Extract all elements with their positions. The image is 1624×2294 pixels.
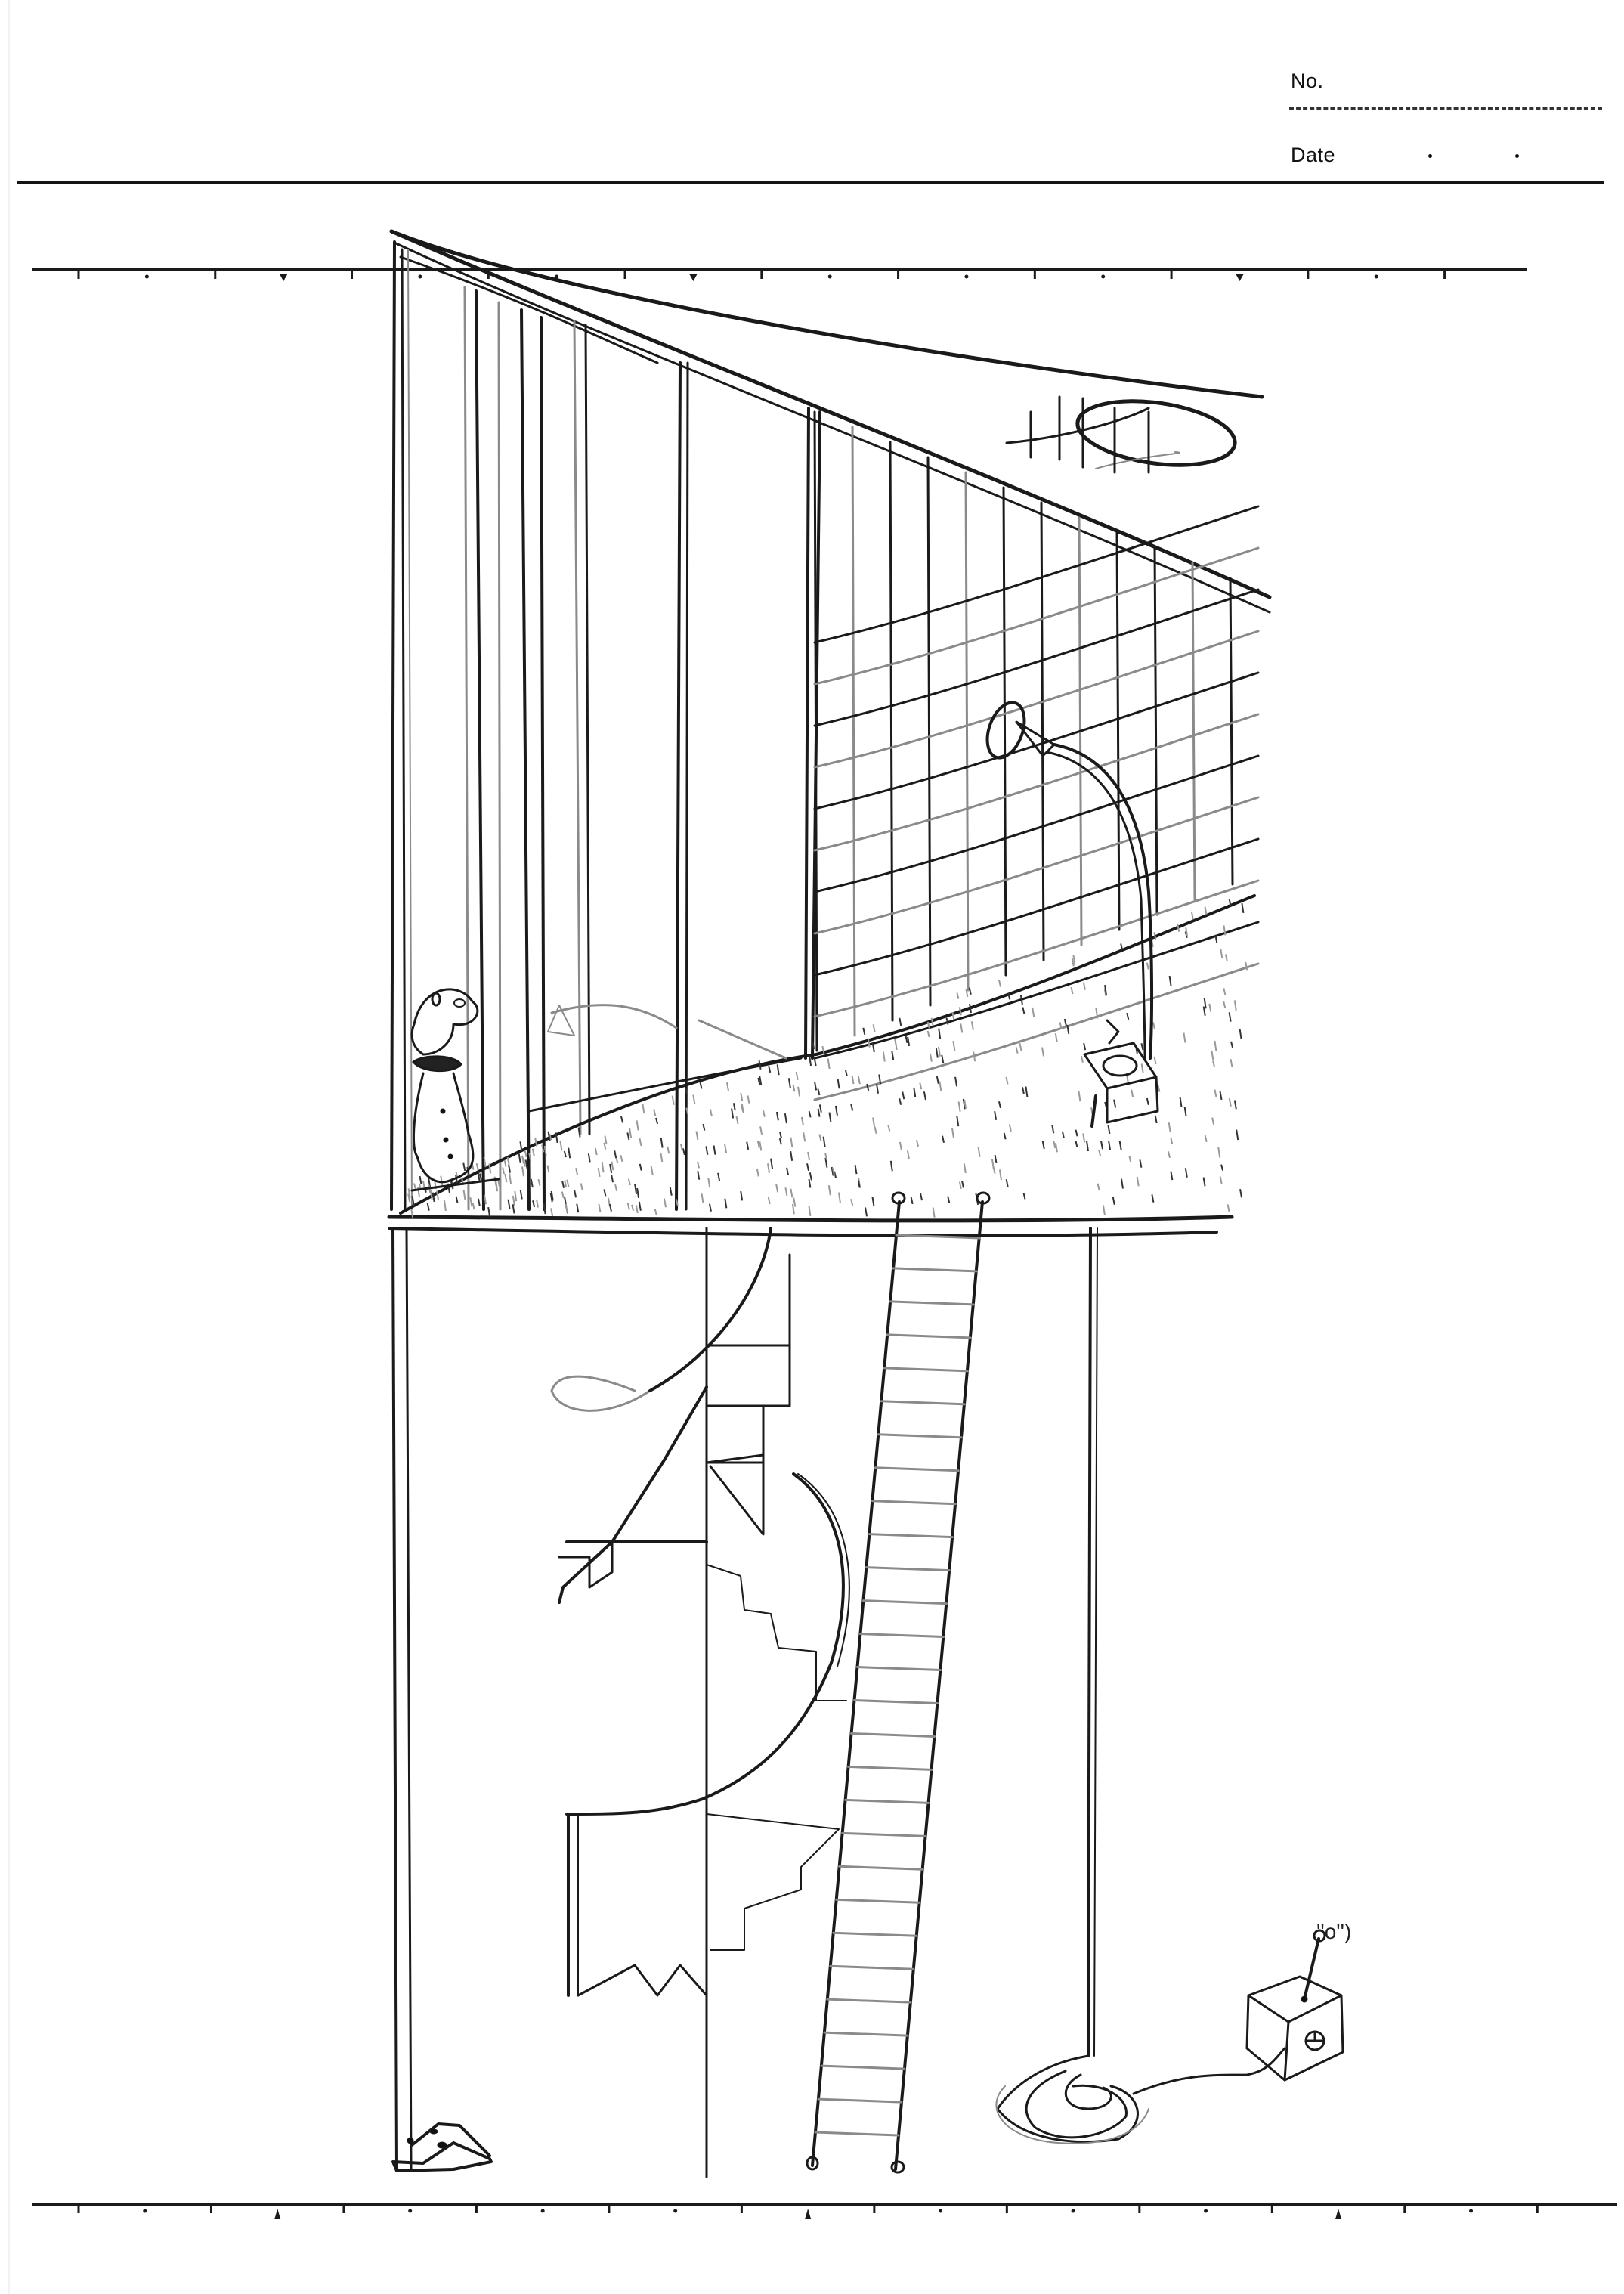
hanging-cable [996,1228,1285,2144]
box-device [1247,1930,1343,2080]
top-ruler [32,270,1527,281]
tiled-wall [815,412,1258,1100]
oval-skylight [1007,392,1239,474]
cheese-wedge [393,2124,491,2171]
spiral-staircase [552,1228,849,2177]
bottom-ruler [32,2204,1617,2219]
ladder [807,1193,989,2172]
upper-stair-rail [548,1005,786,1058]
pencil-sketch: ''o'') [0,0,1624,2294]
antenna-signal-text: ''o'') [1316,1920,1351,1943]
left-post [393,1228,411,2169]
speckled-floor [389,896,1254,1236]
figure [412,989,499,1190]
gramophone [980,698,1158,1126]
